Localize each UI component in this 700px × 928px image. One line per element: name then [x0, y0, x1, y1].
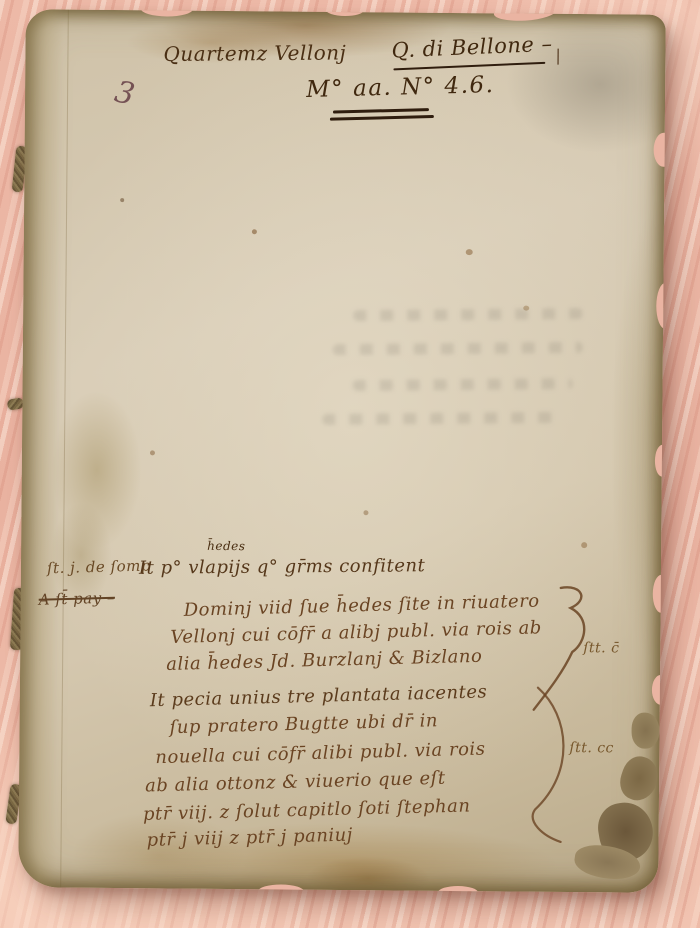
book-spine — [18, 9, 64, 887]
torn-edge — [326, 9, 364, 16]
foxing-spot — [363, 510, 368, 515]
torn-edge — [655, 445, 666, 477]
verso-showthrough — [353, 378, 573, 391]
foxing-spot — [581, 542, 587, 548]
entry2-margin-amount: ſtt. c̄ — [583, 640, 619, 656]
manuscript-book-cover: Quartemz Vellonj Q. di Bellone – | M° aa… — [18, 9, 666, 893]
folio-numeral: 3 — [112, 74, 139, 112]
torn-edge — [652, 675, 666, 705]
shelfmark-underline-bottom — [330, 115, 434, 120]
entry1-margin-note: ſt. j. de ſomp — [47, 557, 151, 578]
entry2-line: Dominj viid ſue h̄edes ſite in riuatero — [183, 591, 539, 621]
entry3-margin-amount: ſtt. cc — [569, 740, 614, 756]
scribal-paren — [517, 686, 588, 847]
entry3-line: ptr̄ j viij z ptr̄ j paniuj — [146, 825, 353, 851]
foxing-spot — [252, 229, 257, 234]
shelfmark-title: M° aa. N° 4.6. — [306, 72, 495, 103]
foxing-spot — [150, 450, 155, 455]
torn-edge — [653, 133, 665, 167]
entry1-margin-struck-note: A ſt̄ pay – — [38, 589, 115, 609]
damaged-corner-patch — [631, 713, 659, 749]
header-left-inscription: Quartemz Vellonj — [163, 40, 346, 66]
torn-edge — [258, 884, 304, 892]
entry1-line: It p° vlapijs q° gr̄ms confitent — [139, 555, 426, 578]
corner-tick-mark: | — [555, 46, 561, 65]
verso-showthrough — [353, 308, 583, 321]
torn-edge — [493, 9, 556, 22]
entry1-interline-superscript: h̄edes — [207, 539, 245, 553]
torn-edge — [141, 9, 193, 16]
foxing-spot — [120, 198, 124, 202]
entry3-line: nouella cui cōfr̄ alibi publ. via rois — [155, 739, 486, 769]
damaged-corner-patch — [615, 752, 663, 805]
entry2-line: alia h̄edes Jd. Burzlanj & Bizlano — [166, 646, 483, 675]
entry2-line: Vellonj cui cōfr̄ a alibj publ. via rois… — [170, 617, 542, 648]
torn-edge — [653, 575, 666, 613]
header-right-inscription: Q. di Bellone – — [391, 32, 553, 63]
entry3-line: ab alia ottonz & viuerio que eſt — [145, 768, 446, 797]
header-right-underline — [393, 62, 545, 71]
manuscript-photo: Quartemz Vellonj Q. di Bellone – | M° aa… — [0, 0, 700, 928]
torn-edge — [656, 283, 666, 329]
torn-edge — [438, 886, 478, 893]
verso-showthrough — [322, 412, 562, 425]
entry3-line: It pecia unius tre plantata iacentes — [150, 681, 488, 711]
entry3-line: ptr̄ viij. z ſolut capitlo ſoti ſtephan — [143, 795, 471, 825]
foxing-spot — [466, 249, 473, 255]
verso-showthrough — [333, 342, 583, 355]
shelfmark-underline-top — [333, 108, 429, 113]
entry3-line: ſup pratero Bugtte ubi dr̄ in — [169, 710, 438, 738]
